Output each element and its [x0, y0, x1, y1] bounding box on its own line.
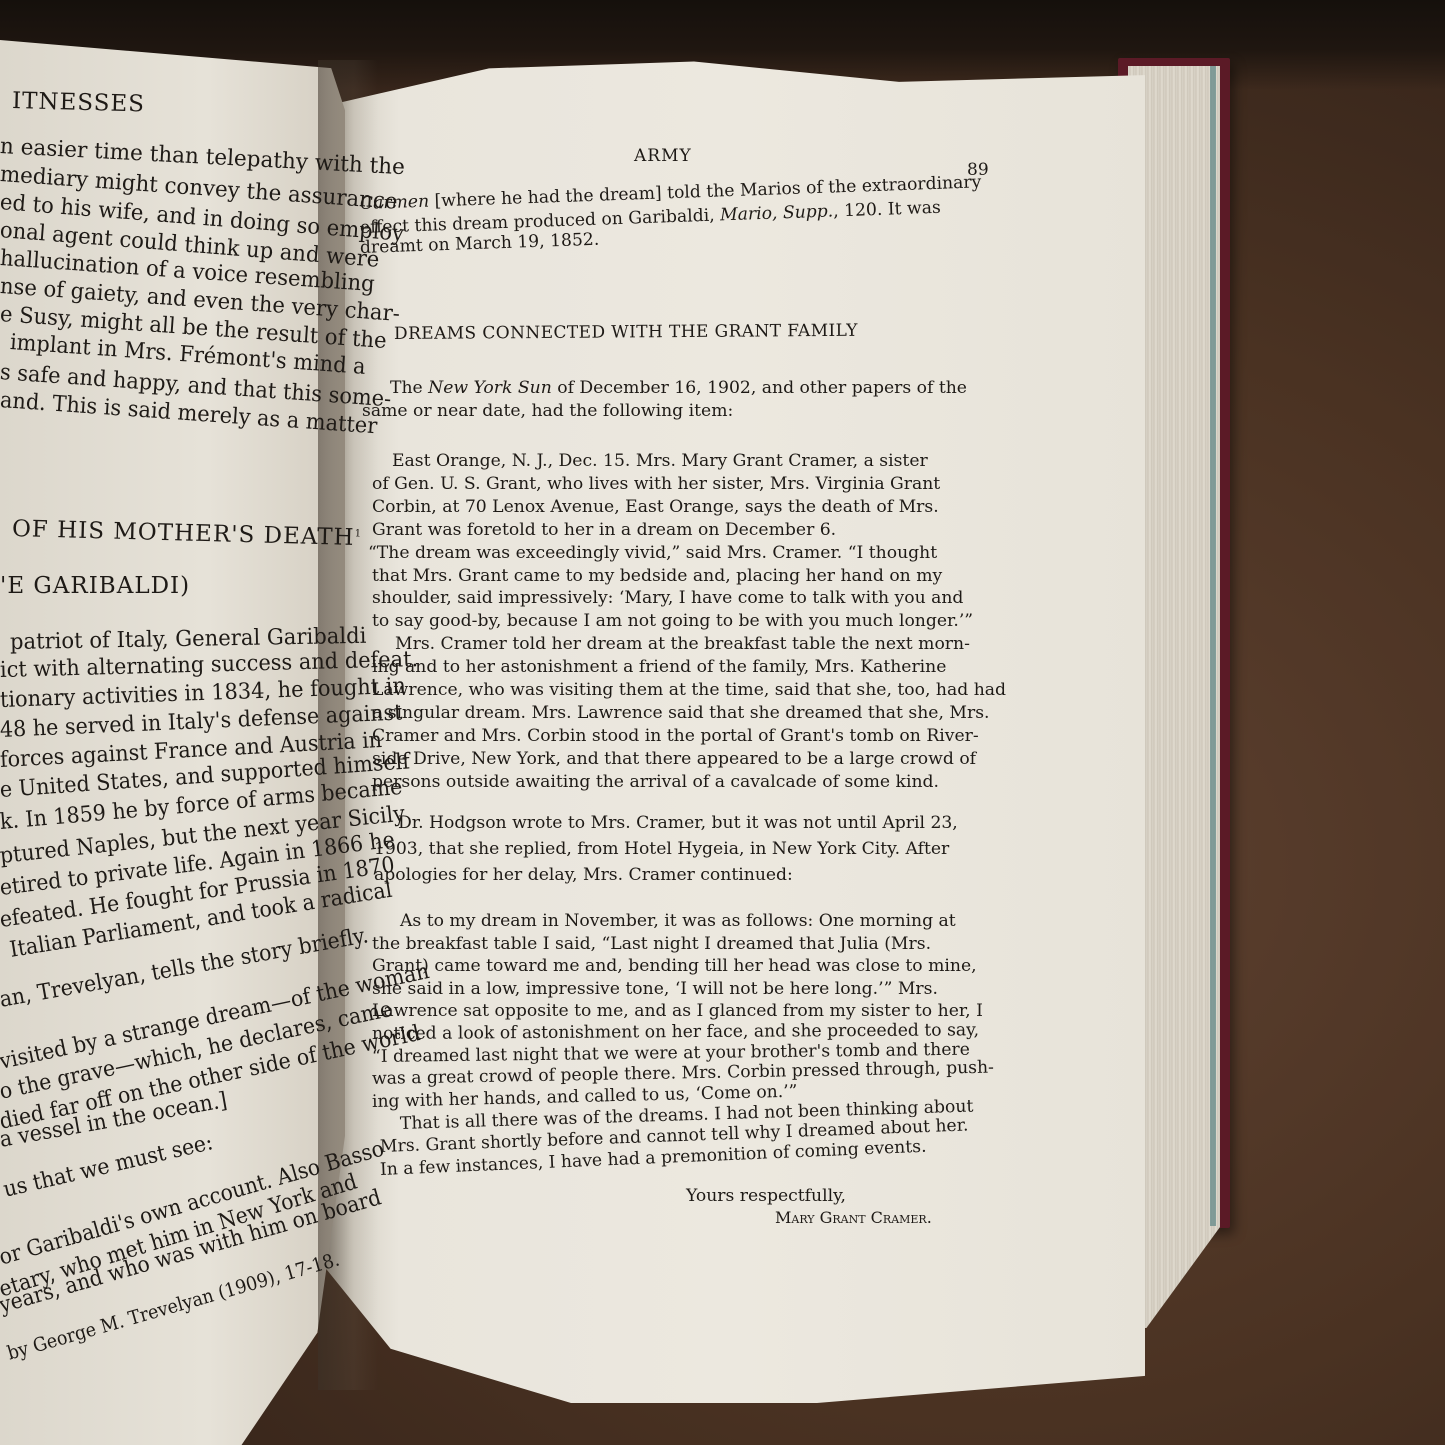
text-line: ing and to her astonishment a friend of …: [372, 659, 946, 676]
text-line: apologies for her delay, Mrs. Cramer con…: [374, 867, 793, 884]
text-line: that Mrs. Grant came to my bedside and, …: [372, 568, 942, 585]
footnote-marker: 1: [354, 528, 362, 539]
text-line: Corbin, at 70 Lenox Avenue, East Orange,…: [372, 499, 939, 516]
italic-text: Mario, Supp.: [720, 201, 834, 225]
italic-text: New York Sun: [428, 378, 552, 398]
line-text: The: [390, 378, 428, 398]
text-line: side Drive, New York, and that there app…: [372, 751, 976, 768]
endpaper-edge: [1210, 66, 1216, 1226]
text-line: East Orange, N. J., Dec. 15. Mrs. Mary G…: [392, 453, 928, 470]
line-text: , 120. It was: [833, 198, 941, 222]
text-line: 1903, that she replied, from Hotel Hygei…: [374, 841, 949, 858]
text-line: a singular dream. Mrs. Lawrence said tha…: [372, 705, 990, 722]
text-line: shoulder, said impressively: ‘Mary, I ha…: [372, 590, 963, 607]
text-line: As to my dream in November, it was as fo…: [400, 913, 956, 930]
section-title: DREAMS CONNECTED WITH THE GRANT FAMILY: [394, 321, 858, 344]
text-line: Dr. Hodgson wrote to Mrs. Cramer, but it…: [398, 815, 958, 832]
text-line: Lawrence sat opposite to me, and as I gl…: [372, 1003, 983, 1020]
text-line: Cramer and Mrs. Corbin stood in the port…: [372, 728, 979, 745]
text-line: “The dream was exceedingly vivid,” said …: [368, 545, 937, 562]
italic-text: Carmen: [360, 192, 430, 214]
photo-scene: ITNESSES n easier time than telepathy wi…: [0, 0, 1445, 1445]
text-line: she said in a low, impressive tone, ‘I w…: [372, 981, 938, 998]
text-line: Grant was foretold to her in a dream on …: [372, 522, 836, 539]
text-line: persons outside awaiting the arrival of …: [372, 774, 939, 791]
line-text: of December 16, 1902, and other papers o…: [552, 378, 967, 398]
text-line: Mrs. Cramer told her dream at the breakf…: [395, 636, 970, 653]
para1-line: The New York Sun of December 16, 1902, a…: [390, 380, 967, 397]
letter-signature: Mary Grant Cramer.: [775, 1210, 932, 1226]
text-line: Grant) came toward me and, bending till …: [372, 958, 977, 975]
text-line: to say good-by, because I am not going t…: [372, 613, 973, 630]
left-section-subheading: 'E GARIBALDI): [0, 575, 190, 598]
text-line: Lawrence, who was visiting them at the t…: [372, 682, 1006, 699]
left-running-head: ITNESSES: [12, 90, 146, 116]
running-head: ARMY: [634, 146, 692, 166]
text-line: the breakfast table I said, “Last night …: [372, 936, 931, 953]
para1-line: same or near date, had the following ite…: [362, 403, 733, 420]
text-line: of Gen. U. S. Grant, who lives with her …: [372, 476, 940, 493]
letter-closing: Yours respectfully,: [686, 1188, 846, 1205]
